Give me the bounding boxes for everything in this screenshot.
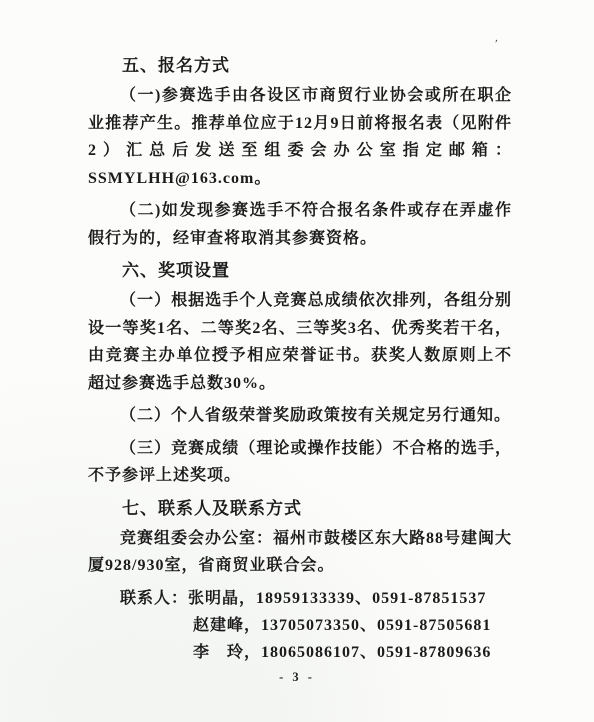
section-6-heading: 六、奖项设置 [88, 257, 512, 284]
contact-separator: ， [244, 644, 261, 661]
contact-separator: 、 [360, 644, 377, 661]
contact-telephone: 0591-87505681 [377, 617, 491, 634]
section-6-paragraph-3: （三）竞赛成绩（理论或操作技能）不合格的选手，不予参评上述奖项。 [88, 435, 512, 490]
contact-row: 李 玲，18065086107、0591-87809636 [88, 639, 512, 666]
section-6-paragraph-2: （二）个人省级荣誉奖励政策按有关规定另行通知。 [88, 402, 512, 430]
contact-name: 张明晶 [188, 585, 239, 612]
contact-label: 联系人： [120, 590, 188, 607]
contact-separator: ， [244, 617, 261, 634]
contact-mobile: 18959133339 [256, 590, 355, 607]
contact-telephone: 0591-87809636 [377, 644, 491, 661]
contact-list: 联系人：张明晶，18959133339、0591-87851537 赵建峰，13… [88, 585, 512, 666]
document-content: 五、报名方式 （一)参赛选手由各设区市商贸行业协会或所在职企业推荐产生。推荐单位… [88, 50, 512, 666]
contact-row: 赵建峰，13705073350、0591-87505681 [88, 612, 512, 639]
contact-mobile: 13705073350 [261, 617, 360, 634]
contact-name: 赵建峰 [193, 612, 244, 639]
section-7-paragraph-1: 竞赛组委会办公室：福州市鼓楼区东大路88号建闽大厦928/930室，省商贸业联合… [88, 525, 512, 580]
contact-separator: ， [239, 590, 256, 607]
contact-name: 李 玲 [193, 639, 244, 666]
page-number: - 3 - [0, 670, 594, 685]
contact-separator: 、 [360, 617, 377, 634]
scan-speck-artifact: ’ [493, 38, 498, 50]
section-7-heading: 七、联系人及联系方式 [88, 495, 512, 522]
contact-telephone: 0591-87851537 [372, 590, 486, 607]
section-6-paragraph-1: （一）根据选手个人竞赛总成绩依次排列，各组分别设一等奖1名、二等奖2名、三等奖3… [88, 287, 512, 397]
contact-row: 联系人：张明晶，18959133339、0591-87851537 [88, 585, 512, 612]
section-5-heading: 五、报名方式 [88, 52, 512, 79]
document-page: ’ 五、报名方式 （一)参赛选手由各设区市商贸行业协会或所在职企业推荐产生。推荐… [0, 0, 594, 722]
contact-separator: 、 [355, 590, 372, 607]
section-5-paragraph-2: （二)如发现参赛选手不符合报名条件或存在弄虚作假行为的，经审查将取消其参赛资格。 [88, 197, 512, 252]
section-5-paragraph-1: （一)参赛选手由各设区市商贸行业协会或所在职企业推荐产生。推荐单位应于12月9日… [88, 82, 512, 192]
contact-mobile: 18065086107 [261, 644, 360, 661]
